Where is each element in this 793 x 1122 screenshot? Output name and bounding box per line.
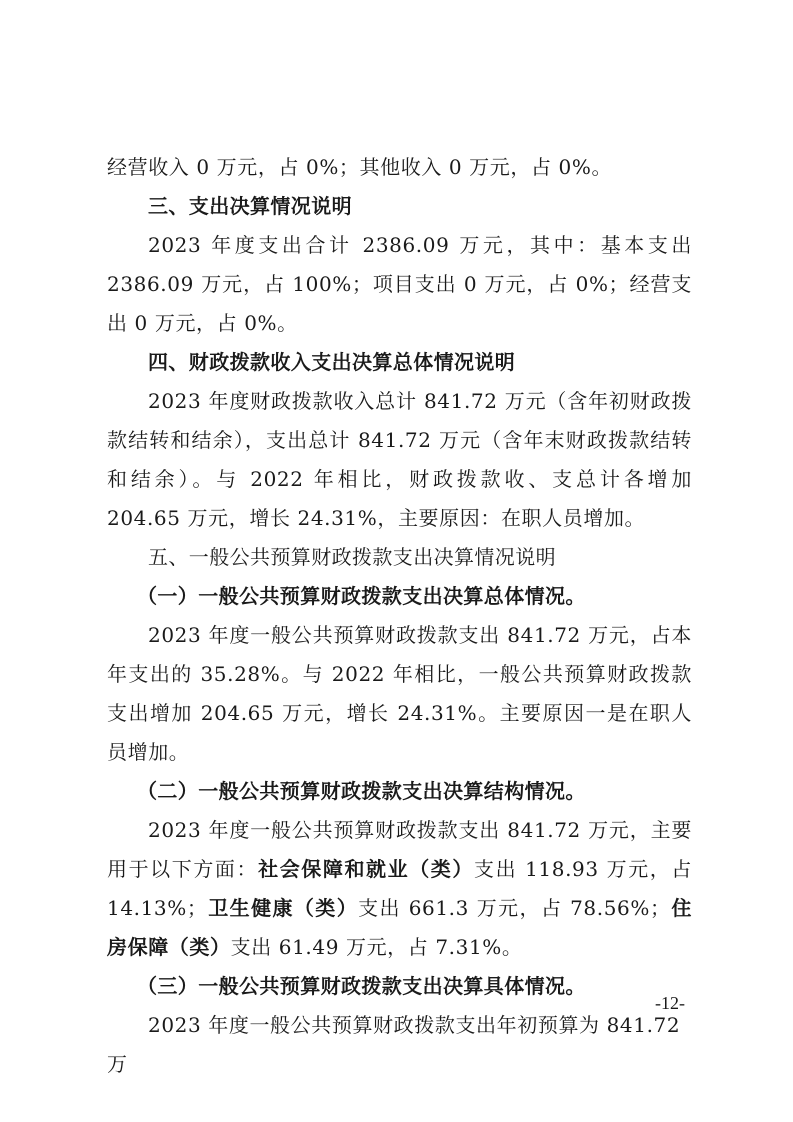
section-5-2-heading: （二）一般公共预算财政拨款支出决算结构情况。 — [107, 772, 692, 811]
category-health-amount: 支出 661.3 万元，占 78.56%； — [358, 896, 670, 920]
category-health: 卫生健康（类） — [207, 896, 358, 920]
section-5-3-body: 2023 年度一般公共预算财政拨款支出年初预算为 841.72 万 — [107, 1006, 692, 1084]
section-5-1-heading: （一）一般公共预算财政拨款支出决算总体情况。 — [107, 577, 692, 616]
section-4-body: 2023 年度财政拨款收入总计 841.72 万元（含年初财政拨款结转和结余），… — [107, 382, 692, 538]
continuation-paragraph: 经营收入 0 万元，占 0%；其他收入 0 万元，占 0%。 — [107, 148, 692, 187]
section-3-body: 2023 年度支出合计 2386.09 万元，其中：基本支出 2386.09 万… — [107, 226, 692, 343]
page-number: -12- — [655, 993, 685, 1014]
category-housing-amount: 支出 61.49 万元，占 7.31%。 — [231, 935, 523, 959]
section-5-heading: 五、一般公共预算财政拨款支出决算情况说明 — [107, 538, 692, 577]
section-4-heading: 四、财政拨款收入支出决算总体情况说明 — [107, 343, 692, 382]
section-3-heading: 三、支出决算情况说明 — [107, 187, 692, 226]
category-social-security: 社会保障和就业（类） — [258, 857, 474, 881]
section-5-2-body: 2023 年度一般公共预算财政拨款支出 841.72 万元，主要用于以下方面：社… — [107, 811, 692, 967]
section-5-1-body: 2023 年度一般公共预算财政拨款支出 841.72 万元，占本年支出的 35.… — [107, 616, 692, 772]
document-page: 经营收入 0 万元，占 0%；其他收入 0 万元，占 0%。 三、支出决算情况说… — [107, 148, 692, 1084]
section-5-3-heading: （三）一般公共预算财政拨款支出决算具体情况。 — [107, 967, 692, 1006]
